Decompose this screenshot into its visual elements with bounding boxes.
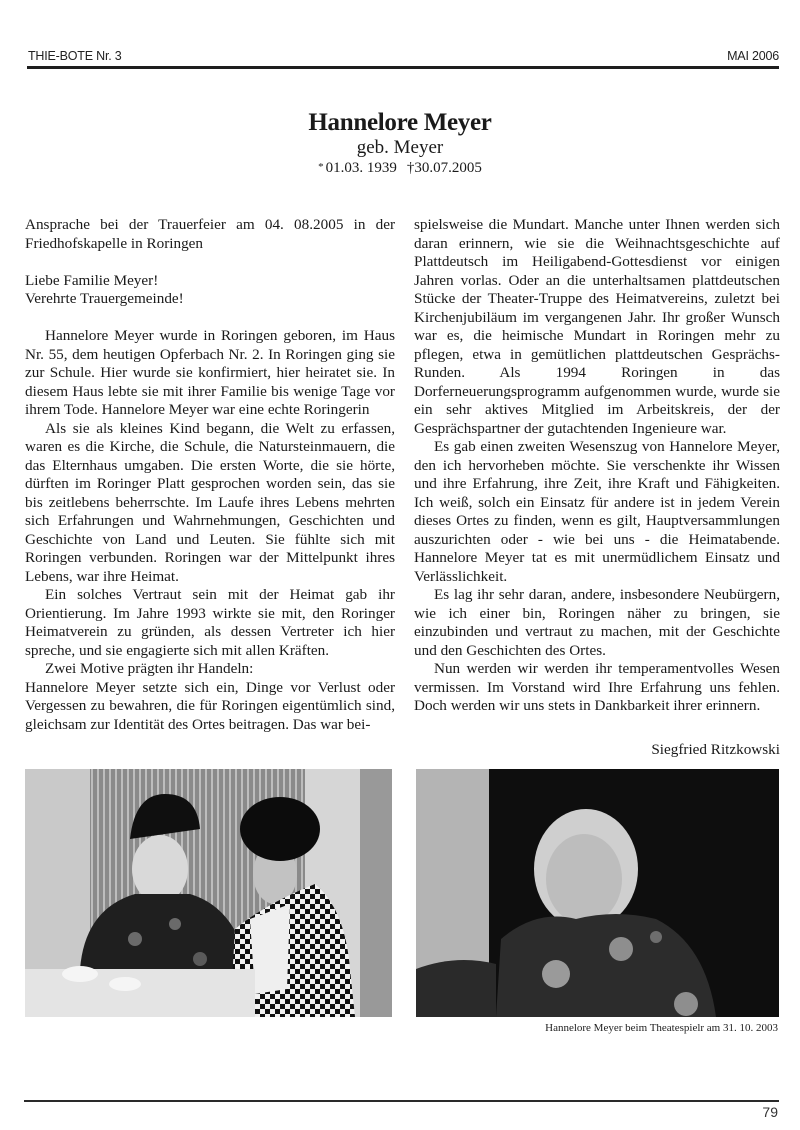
paragraph: Nun werden wir werden ihr temperamentvol… xyxy=(414,660,780,716)
paragraph: Zwei Motive prägten ihr Handeln: xyxy=(25,660,395,679)
article-left-column: Ansprache bei der Trauerfeier am 04. 08.… xyxy=(25,216,395,734)
author-signature: Siegfried Ritzkowski xyxy=(414,741,780,760)
photo-hannelore-meyer-theater xyxy=(416,769,779,1017)
paragraph: Es gab einen zweiten Wesenszug von Hanne… xyxy=(414,438,780,586)
paragraph: Ein solches Vertraut sein mit der Heimat… xyxy=(25,586,395,660)
paragraph: Hannelore Meyer setzte sich ein, Dinge v… xyxy=(25,679,395,735)
birth-name: geb. Meyer xyxy=(0,138,800,158)
issue-date: MAI 2006 xyxy=(727,49,779,63)
photo-caption: Hannelore Meyer beim Theatespielr am 31.… xyxy=(545,1022,778,1034)
death-date: 30.07.2005 xyxy=(414,160,482,176)
paragraph: Ansprache bei der Trauerfeier am 04. 08.… xyxy=(25,216,395,253)
paragraph: spielsweise die Mundart. Manche unter Ih… xyxy=(414,216,780,438)
paragraph: Als sie als kleines Kind begann, die Wel… xyxy=(25,420,395,587)
paragraph: Hannelore Meyer wurde in Roringen gebore… xyxy=(25,327,395,420)
header-rule xyxy=(27,66,779,69)
photo-right-image xyxy=(416,769,779,1017)
footer-rule xyxy=(24,1100,779,1102)
publication-name: THIE-BOTE Nr. 3 xyxy=(28,49,122,63)
birth-symbol: * xyxy=(318,161,324,173)
paragraph: Verehrte Trauergemeinde! xyxy=(25,290,395,309)
page-number: 79 xyxy=(762,1104,778,1120)
paragraph-gap xyxy=(25,253,395,272)
article-right-column: spielsweise die Mundart. Manche unter Ih… xyxy=(414,216,780,759)
paragraph: Liebe Familie Meyer! xyxy=(25,272,395,291)
birth-date: 01.03. 1939 xyxy=(326,160,397,176)
life-dates: *01.03. 1939†30.07.2005 xyxy=(0,159,800,177)
title-block: Hannelore Meyer geb. Meyer *01.03. 1939†… xyxy=(0,108,800,177)
page-title: Hannelore Meyer xyxy=(0,108,800,138)
paragraph-gap xyxy=(25,309,395,328)
photo-left-image xyxy=(25,769,392,1017)
running-head: THIE-BOTE Nr. 3 MAI 2006 xyxy=(28,49,779,65)
paragraph: Es lag ihr sehr daran, andere, insbesond… xyxy=(414,586,780,660)
photo-two-women-at-table xyxy=(25,769,392,1017)
